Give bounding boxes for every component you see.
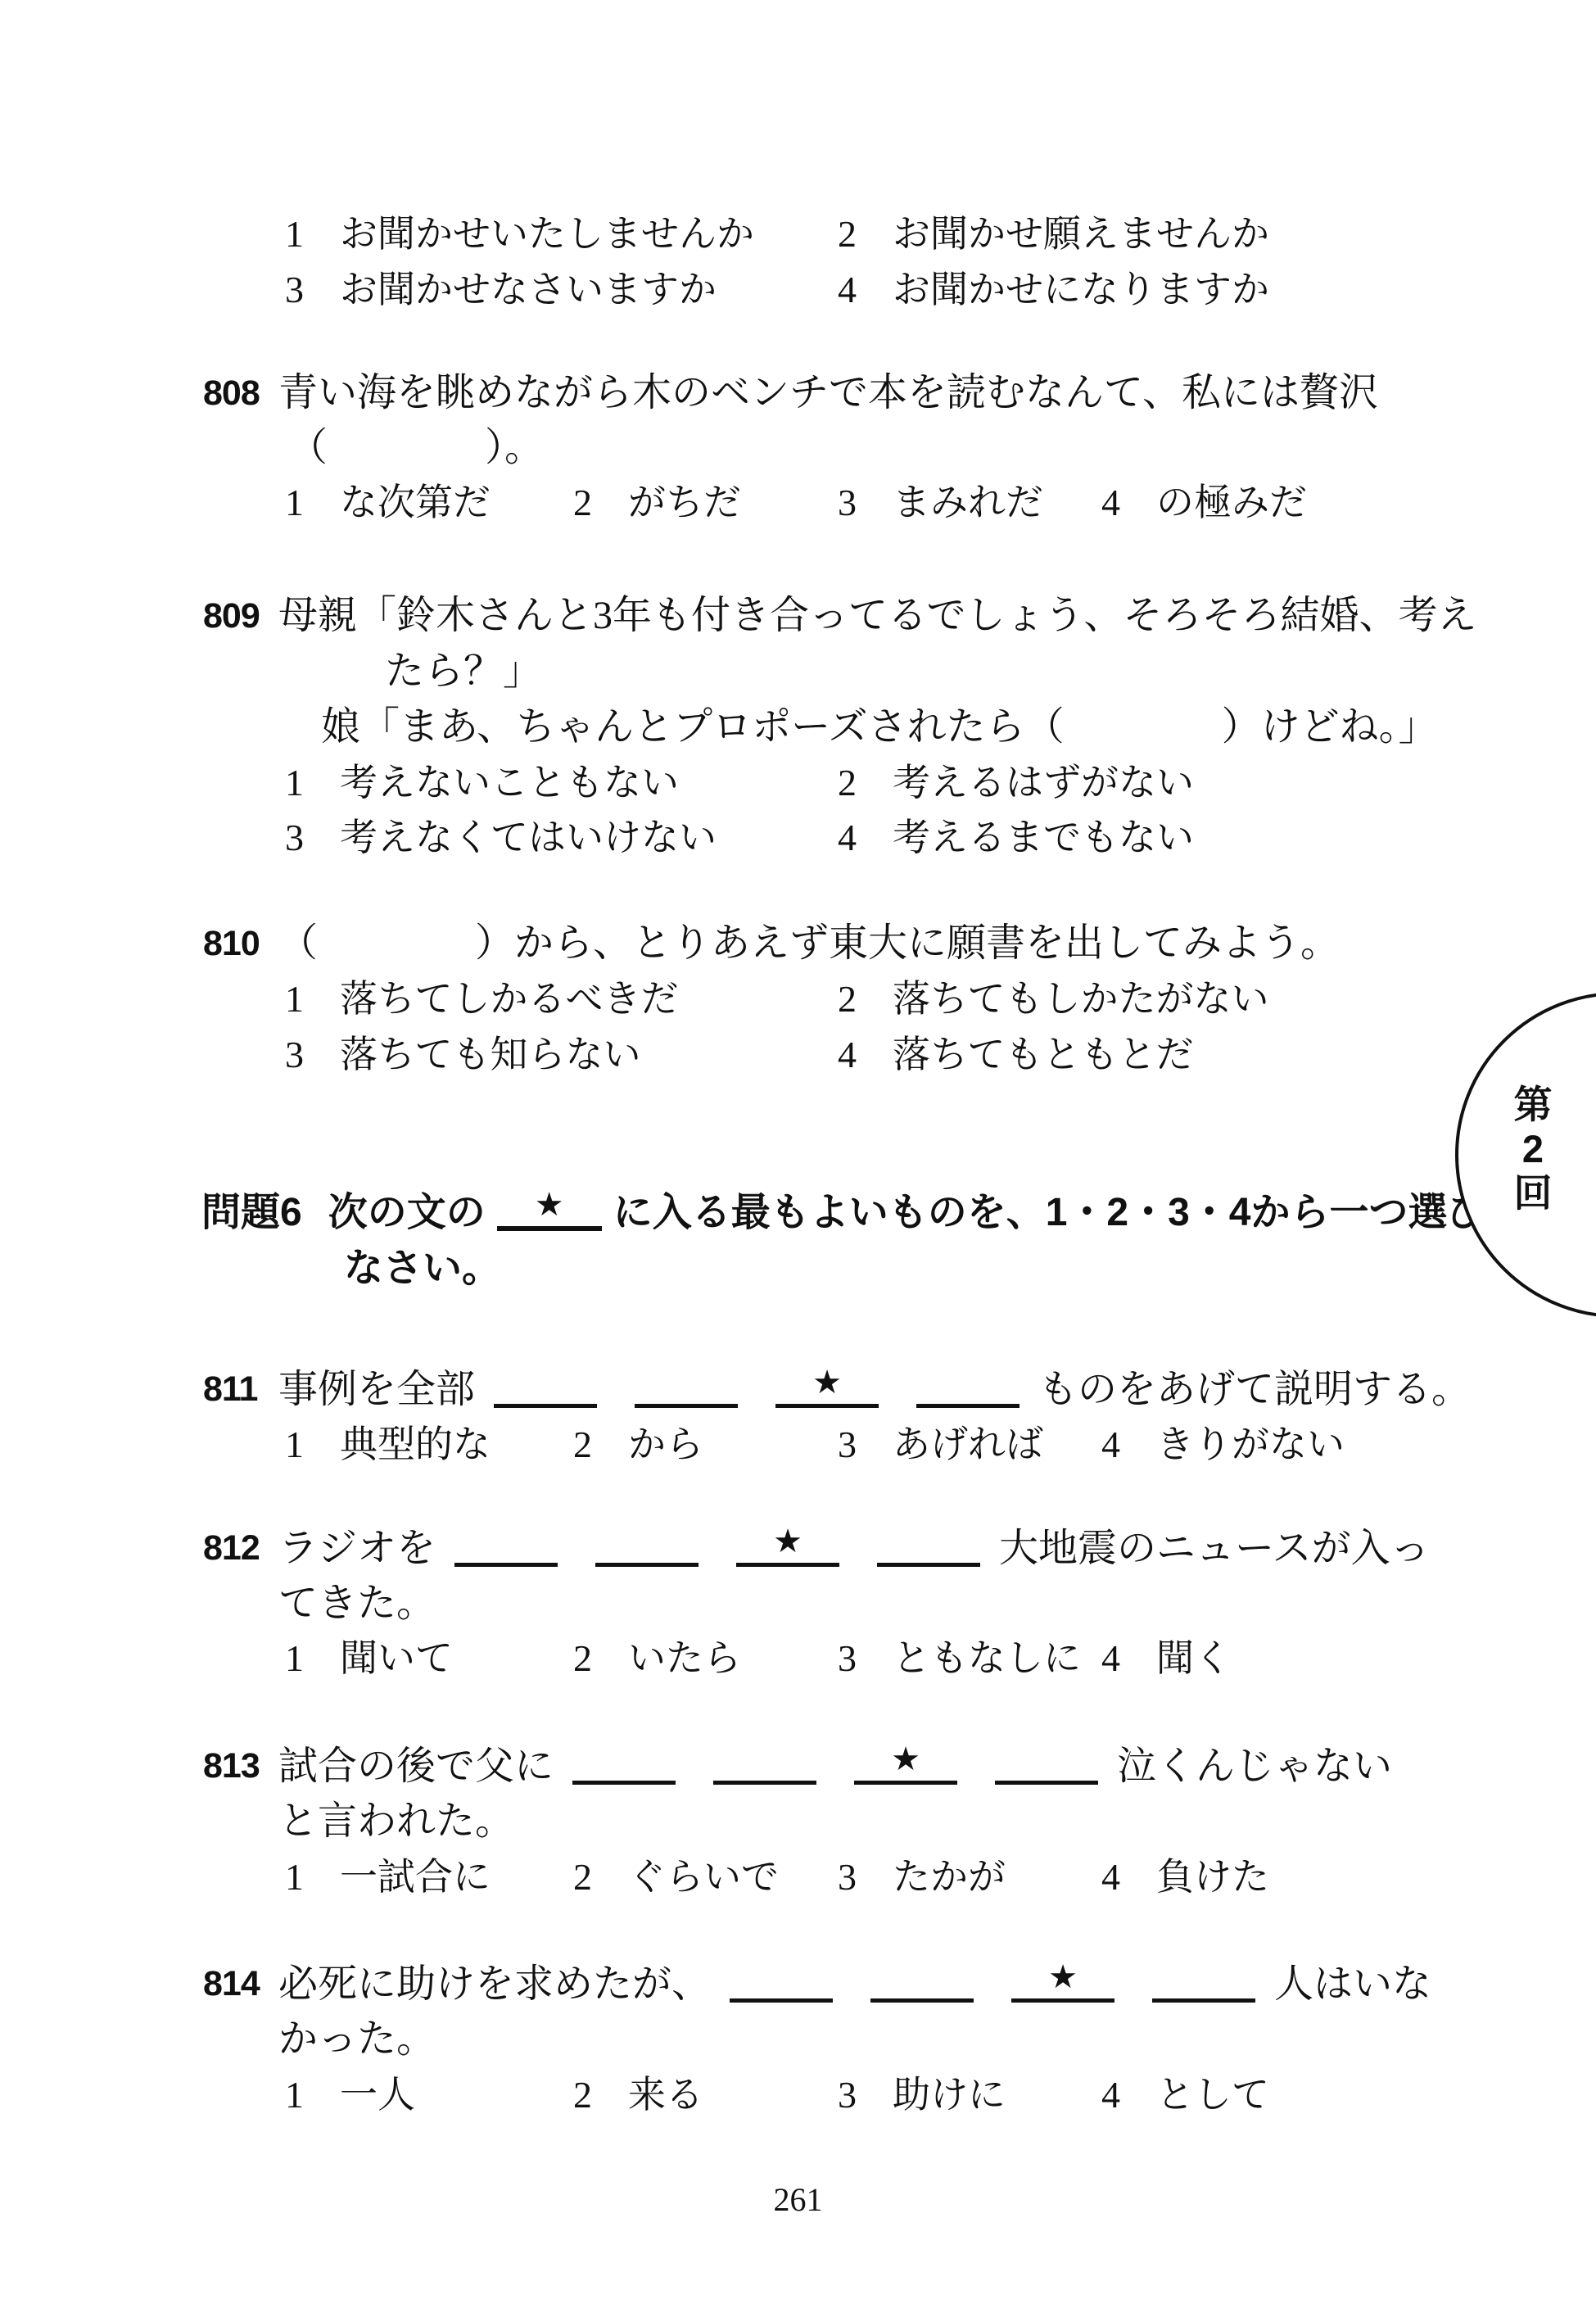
q814-text-line-2: かった。 (0, 2015, 1596, 2066)
blank-underline (870, 1965, 974, 2003)
option-number: 3 (838, 1853, 857, 1902)
question-text: 試合の後で父に (278, 1742, 554, 1791)
q809-options-row-1: 1 考えないこともない 2 考えるはずがない (0, 758, 1596, 809)
option-label: 落ちてもともとだ (893, 1030, 1194, 1080)
option-label: 考えなくてはいけない (340, 813, 717, 862)
option-number: 2 (838, 975, 857, 1024)
star-icon: ★ (773, 1525, 803, 1558)
q814-sentence: 必死に助けを求めたが、 ★ 人はいな (278, 1959, 1431, 2009)
question-text: 大地震のニュースが入っ (999, 1524, 1430, 1573)
blank-underline (635, 1370, 738, 1408)
option-label: お聞かせになりますか (893, 265, 1269, 315)
option-label: がちだ (628, 478, 741, 527)
round-tab-char: 回 (1510, 1171, 1556, 1215)
option-number: 4 (1101, 478, 1120, 527)
blank-underline (730, 1965, 833, 2003)
star-blank-underline: ★ (736, 1529, 839, 1567)
question-text: 人はいな (1274, 1960, 1431, 2009)
question-text: 事例を全部 (278, 1365, 475, 1414)
option-number: 3 (285, 265, 304, 315)
star-icon: ★ (1048, 1961, 1078, 1994)
option-number: 3 (838, 2071, 857, 2120)
option-number: 4 (838, 1030, 857, 1080)
blank-underline (995, 1747, 1098, 1785)
question-text: （ ）から、とりあえず東大に願書を出してみよう。 (278, 919, 1340, 968)
question-text: 娘「まあ、ちゃんとプロポーズされたら（ ）けどね。」 (321, 703, 1438, 752)
question-text: てきた。 (278, 1579, 436, 1628)
option-number: 1 (285, 2071, 304, 2120)
page-number: 261 (0, 2182, 1596, 2218)
q809-text-line-2: たら？」 (0, 647, 1596, 698)
round-tab-label: 第 2 回 (1510, 1083, 1556, 1215)
blank-underline (595, 1529, 699, 1567)
option-number: 2 (573, 1420, 592, 1469)
option-label: 落ちてしかるべきだ (340, 975, 679, 1024)
option-label: 負けた (1156, 1853, 1269, 1902)
q813-text-line-2: と言われた。 (0, 1797, 1596, 1848)
option-label: いたら (628, 1634, 741, 1683)
q807-options-row-2: 3 お聞かせなさいますか 4 お聞かせになりますか (0, 265, 1596, 316)
option-number: 1 (285, 975, 304, 1024)
question-text: 青い海を眺めながら木のベンチで本を読むなんて、私には贅沢 (278, 369, 1378, 418)
option-number: 2 (573, 1634, 592, 1683)
option-label: 典型的な (340, 1420, 491, 1469)
star-icon: ★ (891, 1743, 920, 1776)
option-label: あげれば (893, 1420, 1043, 1469)
option-label: として (1156, 2071, 1269, 2120)
q808-options-row: 1 な次第だ 2 がちだ 3 まみれだ 4 の極みだ (0, 478, 1596, 529)
option-number: 2 (573, 2071, 592, 2120)
option-number: 2 (838, 210, 857, 259)
option-number: 2 (838, 758, 857, 808)
section-label: 問題6 (201, 1188, 302, 1238)
question-text: たら？」 (385, 647, 542, 696)
question-number: 811 (203, 1365, 257, 1414)
option-number: 4 (1101, 1634, 1120, 1683)
star-blank-underline: ★ (775, 1370, 879, 1408)
option-label: 一試合に (340, 1853, 491, 1902)
option-label: 聞いて (340, 1634, 453, 1683)
q808-text-line-2: （ ）。 (0, 423, 1596, 474)
q812-options-row: 1 聞いて 2 いたら 3 ともなしに 4 聞く (0, 1634, 1596, 1685)
option-number: 4 (1101, 2071, 1120, 2120)
star-blank-underline: ★ (497, 1193, 602, 1231)
q810-text-line-1: （ ）から、とりあえず東大に願書を出してみよう。 (0, 919, 1596, 970)
star-blank-underline: ★ (1011, 1965, 1114, 2003)
round-tab-char: 2 (1510, 1127, 1556, 1171)
question-number: 813 (203, 1741, 260, 1790)
question-text: 必死に助けを求めたが、 (278, 1960, 711, 2009)
option-label: たかが (893, 1853, 1006, 1902)
blank-underline (1152, 1965, 1255, 2003)
q810-options-row-2: 3 落ちても知らない 4 落ちてもともとだ (0, 1030, 1596, 1081)
q809-text-line-1: 母親「鈴木さんと3年も付き合ってるでしょう、そろそろ結婚、考え (0, 591, 1596, 642)
star-icon: ★ (812, 1366, 842, 1399)
option-number: 1 (285, 1420, 304, 1469)
q814-options-row: 1 一人 2 来る 3 助けに 4 として (0, 2071, 1596, 2121)
option-label: お聞かせなさいますか (340, 265, 717, 315)
q807-options-row-1: 1 お聞かせいたしませんか 2 お聞かせ願えませんか (0, 210, 1596, 260)
star-icon: ★ (535, 1188, 564, 1221)
option-number: 4 (838, 265, 857, 315)
q812-text-line-2: てきた。 (0, 1579, 1596, 1630)
option-label: お聞かせいたしませんか (340, 210, 754, 259)
option-label: ともなしに (893, 1634, 1081, 1683)
blank-underline (713, 1747, 816, 1785)
option-label: 一人 (340, 2071, 415, 2120)
option-label: お聞かせ願えませんか (893, 210, 1269, 259)
q811-options-row: 1 典型的な 2 から 3 あげれば 4 きりがない (0, 1420, 1596, 1471)
option-number: 1 (285, 758, 304, 808)
q808-text-line-1: 青い海を眺めながら木のベンチで本を読むなんて、私には贅沢 (0, 369, 1596, 419)
q813-sentence: 試合の後で父に ★ 泣くんじゃない (278, 1741, 1392, 1791)
question-number: 814 (203, 1959, 260, 2008)
option-number: 3 (285, 1030, 304, 1080)
blank-underline (916, 1370, 1020, 1408)
question-text: ラジオを (278, 1524, 436, 1573)
question-text: （ ）。 (288, 423, 544, 473)
option-number: 4 (1101, 1420, 1120, 1469)
question-text: 母親「鈴木さんと3年も付き合ってるでしょう、そろそろ結婚、考え (278, 591, 1477, 640)
question-number: 812 (203, 1523, 260, 1573)
option-number: 4 (1101, 1853, 1120, 1902)
option-number: 1 (285, 210, 304, 259)
option-number: 3 (285, 813, 304, 862)
option-label: 考えないこともない (340, 758, 679, 808)
q811-sentence: 事例を全部 ★ ものをあげて説明する。 (278, 1365, 1471, 1414)
blank-underline (572, 1747, 676, 1785)
blank-underline (877, 1529, 980, 1567)
option-label: 聞く (1156, 1634, 1232, 1683)
option-number: 3 (838, 1634, 857, 1683)
option-label: 落ちても知らない (340, 1030, 641, 1080)
option-number: 3 (838, 478, 857, 527)
section-instruction-line-2: なさい。 (344, 1243, 501, 1294)
q809-options-row-2: 3 考えなくてはいけない 4 考えるまでもない (0, 813, 1596, 864)
blank-underline (494, 1370, 597, 1408)
option-label: 落ちてもしかたがない (893, 975, 1269, 1024)
option-label: まみれだ (893, 478, 1043, 527)
question-text: と言われた。 (278, 1797, 514, 1846)
option-number: 3 (838, 1420, 857, 1469)
option-number: 1 (285, 478, 304, 527)
option-label: 考えるはずがない (893, 758, 1194, 808)
section-instruction-pre: 次の文の (328, 1188, 486, 1238)
question-text: ものをあげて説明する。 (1038, 1365, 1471, 1414)
option-number: 4 (838, 813, 857, 862)
test-page: 1 お聞かせいたしませんか 2 お聞かせ願えませんか 3 お聞かせなさいますか … (0, 0, 1596, 2322)
option-label: 来る (628, 2071, 703, 2120)
option-label: な次第だ (340, 478, 491, 527)
option-label: 助けに (893, 2071, 1006, 2120)
option-label: から (628, 1420, 703, 1469)
section-header: 問題6 次の文の ★ に入る最もよいものを、1・2・3・4から一つ選び (201, 1188, 1487, 1238)
option-number: 1 (285, 1634, 304, 1683)
option-number: 2 (573, 478, 592, 527)
q810-options-row-1: 1 落ちてしかるべきだ 2 落ちてもしかたがない (0, 975, 1596, 1025)
question-text: かった。 (278, 2015, 436, 2064)
round-tab-char: 第 (1510, 1083, 1556, 1127)
q812-sentence: ラジオを ★ 大地震のニュースが入っ (278, 1523, 1430, 1573)
q809-text-line-3: 娘「まあ、ちゃんとプロポーズされたら（ ）けどね。」 (0, 703, 1596, 754)
star-blank-underline: ★ (854, 1747, 957, 1785)
option-label: きりがない (1156, 1420, 1345, 1469)
blank-underline (454, 1529, 558, 1567)
option-number: 2 (573, 1853, 592, 1902)
option-number: 1 (285, 1853, 304, 1902)
option-label: 考えるまでもない (893, 813, 1194, 862)
option-label: ぐらいで (628, 1853, 779, 1902)
option-label: の極みだ (1156, 478, 1307, 527)
q813-options-row: 1 一試合に 2 ぐらいで 3 たかが 4 負けた (0, 1853, 1596, 1903)
question-text: 泣くんじゃない (1117, 1742, 1392, 1791)
section-instruction-post: に入る最もよいものを、1・2・3・4から一つ選び (613, 1188, 1487, 1238)
